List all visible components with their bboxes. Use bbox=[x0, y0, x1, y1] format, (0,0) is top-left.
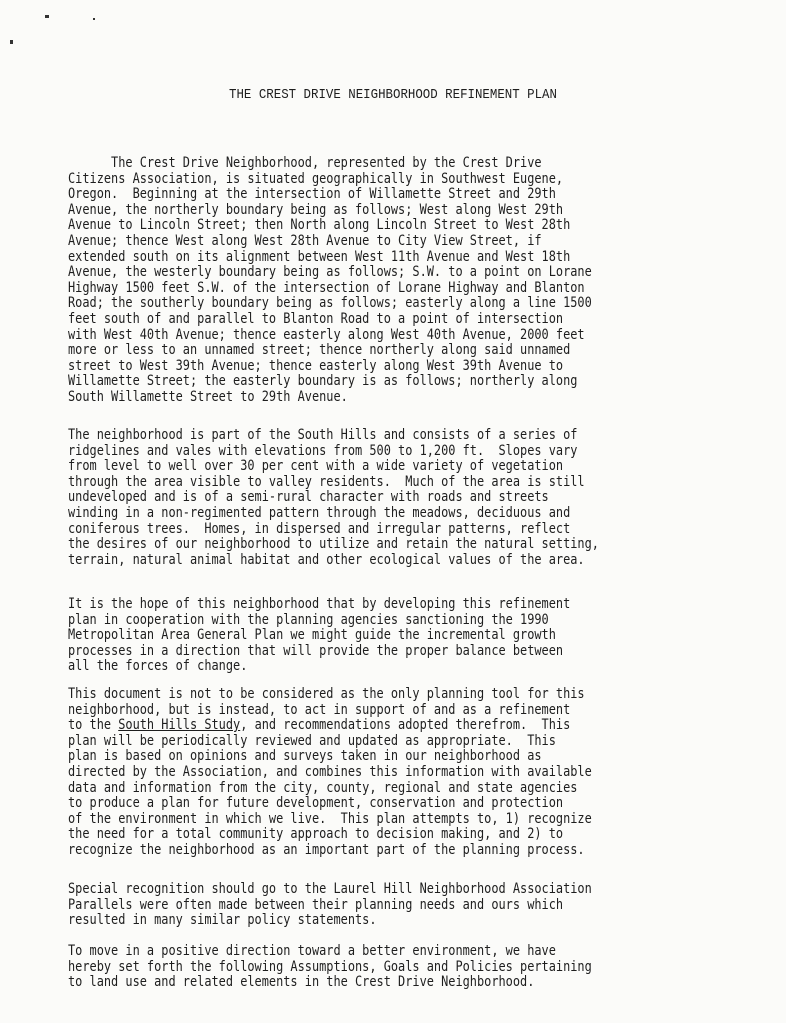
text-line: This document is not to be considered as… bbox=[68, 686, 585, 702]
text-line: to the South Hills Study, and recommenda… bbox=[68, 717, 570, 733]
text-line: Avenue to Lincoln Street; then North alo… bbox=[68, 217, 570, 233]
paragraph-document-scope: This document is not to be considered as… bbox=[68, 687, 592, 859]
paragraph-hope: It is the hope of this neighborhood that… bbox=[68, 597, 570, 675]
text-line: neighborhood, but is instead, to act in … bbox=[68, 702, 570, 718]
text-line: South Willamette Street to 29th Avenue. bbox=[68, 389, 348, 405]
text-line: plan in cooperation with the planning ag… bbox=[68, 612, 549, 628]
text-line: more or less to an unnamed street; thenc… bbox=[68, 342, 570, 358]
text-line: undeveloped and is of a semi-rural chara… bbox=[68, 489, 549, 505]
scan-speck bbox=[10, 40, 13, 44]
text-line: terrain, natural animal habitat and othe… bbox=[68, 552, 585, 568]
text-line: street to West 39th Avenue; thence easte… bbox=[68, 358, 563, 374]
text-line: Metropolitan Area General Plan we might … bbox=[68, 627, 556, 643]
text-line: Citizens Association, is situated geogra… bbox=[68, 171, 563, 187]
text-line: to produce a plan for future development… bbox=[68, 795, 563, 811]
document-title: THE CREST DRIVE NEIGHBORHOOD REFINEMENT … bbox=[31, 88, 754, 103]
text-line: Oregon. Beginning at the intersection of… bbox=[68, 186, 556, 202]
text-line: Willamette Street; the easterly boundary… bbox=[68, 373, 577, 389]
text-line: recognize the neighborhood as an importa… bbox=[68, 842, 585, 858]
text-line: Avenue, the northerly boundary being as … bbox=[68, 202, 563, 218]
text-line: processes in a direction that will provi… bbox=[68, 643, 563, 659]
text-line: coniferous trees. Homes, in dispersed an… bbox=[68, 521, 570, 537]
text-line: ridgelines and vales with elevations fro… bbox=[68, 443, 577, 459]
text-line: It is the hope of this neighborhood that… bbox=[68, 596, 570, 612]
scan-speck bbox=[45, 15, 49, 18]
underlined-reference: South Hills Study bbox=[118, 717, 240, 733]
text-line: from level to well over 30 per cent with… bbox=[68, 458, 563, 474]
text-line: extended south on its alignment between … bbox=[68, 249, 570, 265]
text-line: Avenue; thence West along West 28th Aven… bbox=[68, 233, 542, 249]
paragraph-closing: To move in a positive direction toward a… bbox=[68, 944, 592, 991]
text-line: to land use and related elements in the … bbox=[68, 974, 534, 990]
text-line: hereby set forth the following Assumptio… bbox=[68, 959, 592, 975]
text-line: the need for a total community approach … bbox=[68, 826, 563, 842]
text-line: plan will be periodically reviewed and u… bbox=[68, 733, 556, 749]
text-line: with West 40th Avenue; thence easterly a… bbox=[68, 327, 585, 343]
text-line: The neighborhood is part of the South Hi… bbox=[68, 427, 577, 443]
paragraph-boundaries: The Crest Drive Neighborhood, represente… bbox=[68, 156, 592, 406]
text-line: winding in a non-regimented pattern thro… bbox=[68, 505, 570, 521]
text-line: of the environment in which we live. Thi… bbox=[68, 811, 592, 827]
text-line: Road; the southerly boundary being as fo… bbox=[68, 295, 592, 311]
text-line: the desires of our neighborhood to utili… bbox=[68, 536, 599, 552]
text-line: plan is based on opinions and surveys ta… bbox=[68, 748, 542, 764]
paragraph-terrain: The neighborhood is part of the South Hi… bbox=[68, 428, 599, 568]
text-line: feet south of and parallel to Blanton Ro… bbox=[68, 311, 563, 327]
text-line: The Crest Drive Neighborhood, represente… bbox=[68, 155, 542, 171]
text-line: resulted in many similar policy statemen… bbox=[68, 912, 377, 928]
paragraph-recognition: Special recognition should go to the Lau… bbox=[68, 882, 592, 929]
text-line: To move in a positive direction toward a… bbox=[68, 943, 556, 959]
text-line: through the area visible to valley resid… bbox=[68, 474, 585, 490]
text-line: Avenue, the westerly boundary being as f… bbox=[68, 264, 592, 280]
text-line: data and information from the city, coun… bbox=[68, 780, 577, 796]
text-line: directed by the Association, and combine… bbox=[68, 764, 592, 780]
text-line: Special recognition should go to the Lau… bbox=[68, 881, 592, 897]
text-line: Highway 1500 feet S.W. of the intersecti… bbox=[68, 280, 585, 296]
text-line: Parallels were often made between their … bbox=[68, 897, 563, 913]
scan-speck bbox=[93, 18, 95, 20]
text-line: all the forces of change. bbox=[68, 658, 247, 674]
